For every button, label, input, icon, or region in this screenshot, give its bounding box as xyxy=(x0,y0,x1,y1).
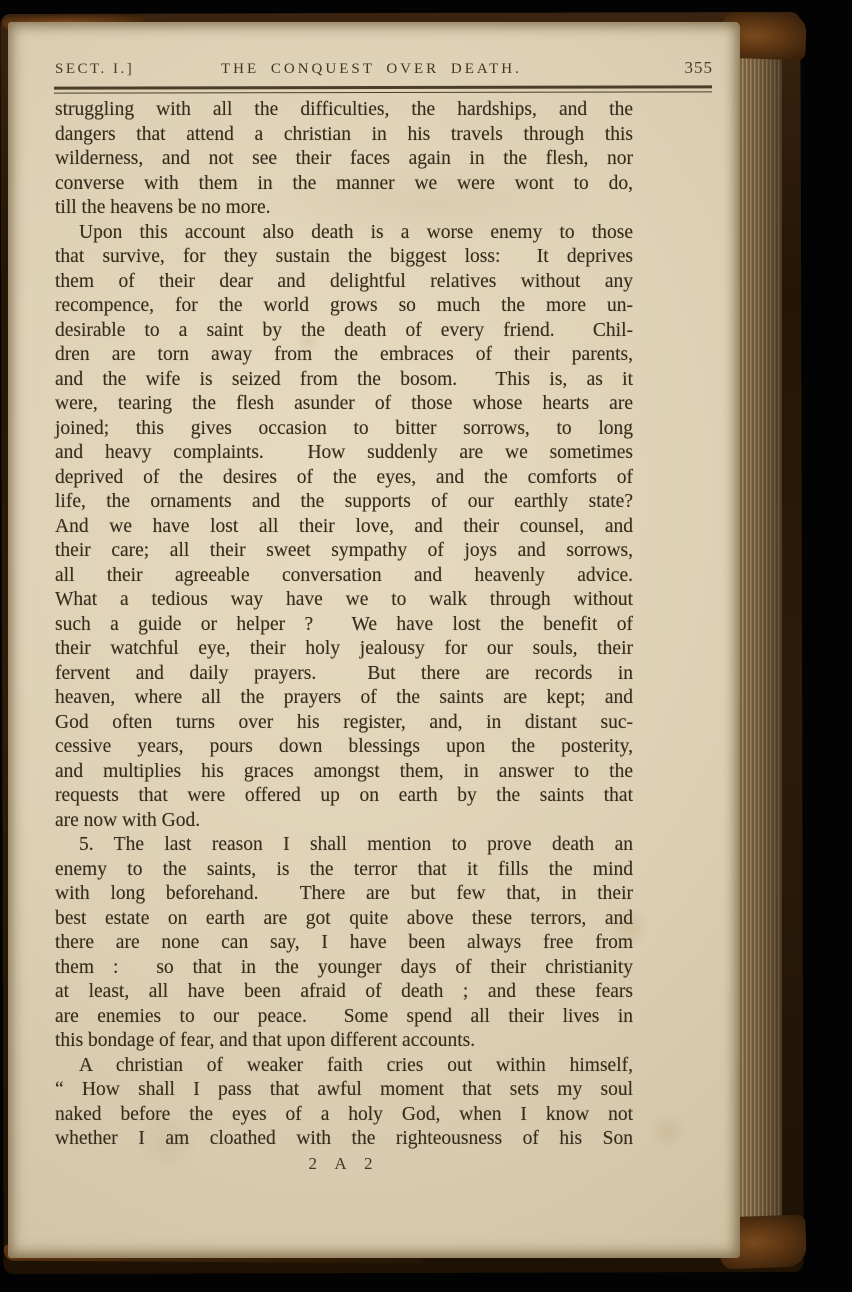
text-line: at least, all have been afraid of death … xyxy=(55,980,633,1005)
text-line: till the heavens be no more. xyxy=(55,196,633,221)
text-line: were, tearing the flesh asunder of those… xyxy=(55,392,633,417)
page-header: SECT. I.] THE CONQUEST OVER DEATH. 355 xyxy=(55,58,713,78)
section-label: SECT. I.] xyxy=(55,61,134,78)
book-photo: SECT. I.] THE CONQUEST OVER DEATH. 355 s… xyxy=(0,0,852,1292)
body-text: struggling with all the difficulties, th… xyxy=(55,98,633,1152)
book-page: SECT. I.] THE CONQUEST OVER DEATH. 355 s… xyxy=(8,22,740,1258)
text-line: are now with God. xyxy=(55,809,633,834)
text-line: A christian of weaker faith cries out wi… xyxy=(55,1054,633,1079)
text-line: converse with them in the manner we were… xyxy=(55,172,633,197)
text-line: joined; this gives occasion to bitter so… xyxy=(55,417,633,442)
text-line: requests that were offered up on earth b… xyxy=(55,784,633,809)
text-line: God often turns over his register, and, … xyxy=(55,711,633,736)
text-line: wilderness, and not see their faces agai… xyxy=(55,147,633,172)
text-line: that survive, for they sustain the bigge… xyxy=(55,245,633,270)
text-line: dren are torn away from the embraces of … xyxy=(55,343,633,368)
text-line: What a tedious way have we to walk throu… xyxy=(55,588,633,613)
double-rule xyxy=(54,85,712,93)
text-line: such a guide or helper ? We have lost th… xyxy=(55,613,633,638)
text-line: recompence, for the world grows so much … xyxy=(55,294,633,319)
signature-mark: 2 A 2 xyxy=(55,1154,633,1174)
text-line: naked before the eyes of a holy God, whe… xyxy=(55,1103,633,1128)
text-line: And we have lost all their love, and the… xyxy=(55,515,633,540)
text-line: and heavy complaints. How suddenly are w… xyxy=(55,441,633,466)
text-line: this bondage of fear, and that upon diff… xyxy=(55,1029,633,1054)
text-line: “ How shall I pass that awful moment tha… xyxy=(55,1078,633,1103)
text-line: dangers that attend a christian in his t… xyxy=(55,123,633,148)
text-line: deprived of the desires of the eyes, and… xyxy=(55,466,633,491)
text-line: desirable to a saint by the death of eve… xyxy=(55,319,633,344)
text-line: are enemies to our peace. Some spend all… xyxy=(55,1005,633,1030)
text-line: life, the ornaments and the supports of … xyxy=(55,490,633,515)
running-title: THE CONQUEST OVER DEATH. xyxy=(221,61,522,78)
text-line: with long beforehand. There are but few … xyxy=(55,882,633,907)
text-line: there are none can say, I have been alwa… xyxy=(55,931,633,956)
text-line: and multiplies his graces amongst them, … xyxy=(55,760,633,785)
text-line: best estate on earth are got quite above… xyxy=(55,907,633,932)
text-line: struggling with all the difficulties, th… xyxy=(55,98,633,123)
text-line: their watchful eye, their holy jealousy … xyxy=(55,637,633,662)
text-line: them : so that in the younger days of th… xyxy=(55,956,633,981)
page-number: 355 xyxy=(684,58,713,78)
text-line: heaven, where all the prayers of the sai… xyxy=(55,686,633,711)
text-line: fervent and daily prayers. But there are… xyxy=(55,662,633,687)
text-line: whether I am cloathed with the righteous… xyxy=(55,1127,633,1152)
text-line: Upon this account also death is a worse … xyxy=(55,221,633,246)
page-content: SECT. I.] THE CONQUEST OVER DEATH. 355 s… xyxy=(8,22,740,1258)
text-line: and the wife is seized from the bosom. T… xyxy=(55,368,633,393)
text-line: 5. The last reason I shall mention to pr… xyxy=(55,833,633,858)
text-line: enemy to the saints, is the terror that … xyxy=(55,858,633,883)
text-line: them of their dear and delightful relati… xyxy=(55,270,633,295)
text-line: their care; all their sweet sympathy of … xyxy=(55,539,633,564)
text-line: all their agreeable conversation and hea… xyxy=(55,564,633,589)
text-line: cessive years, pours down blessings upon… xyxy=(55,735,633,760)
